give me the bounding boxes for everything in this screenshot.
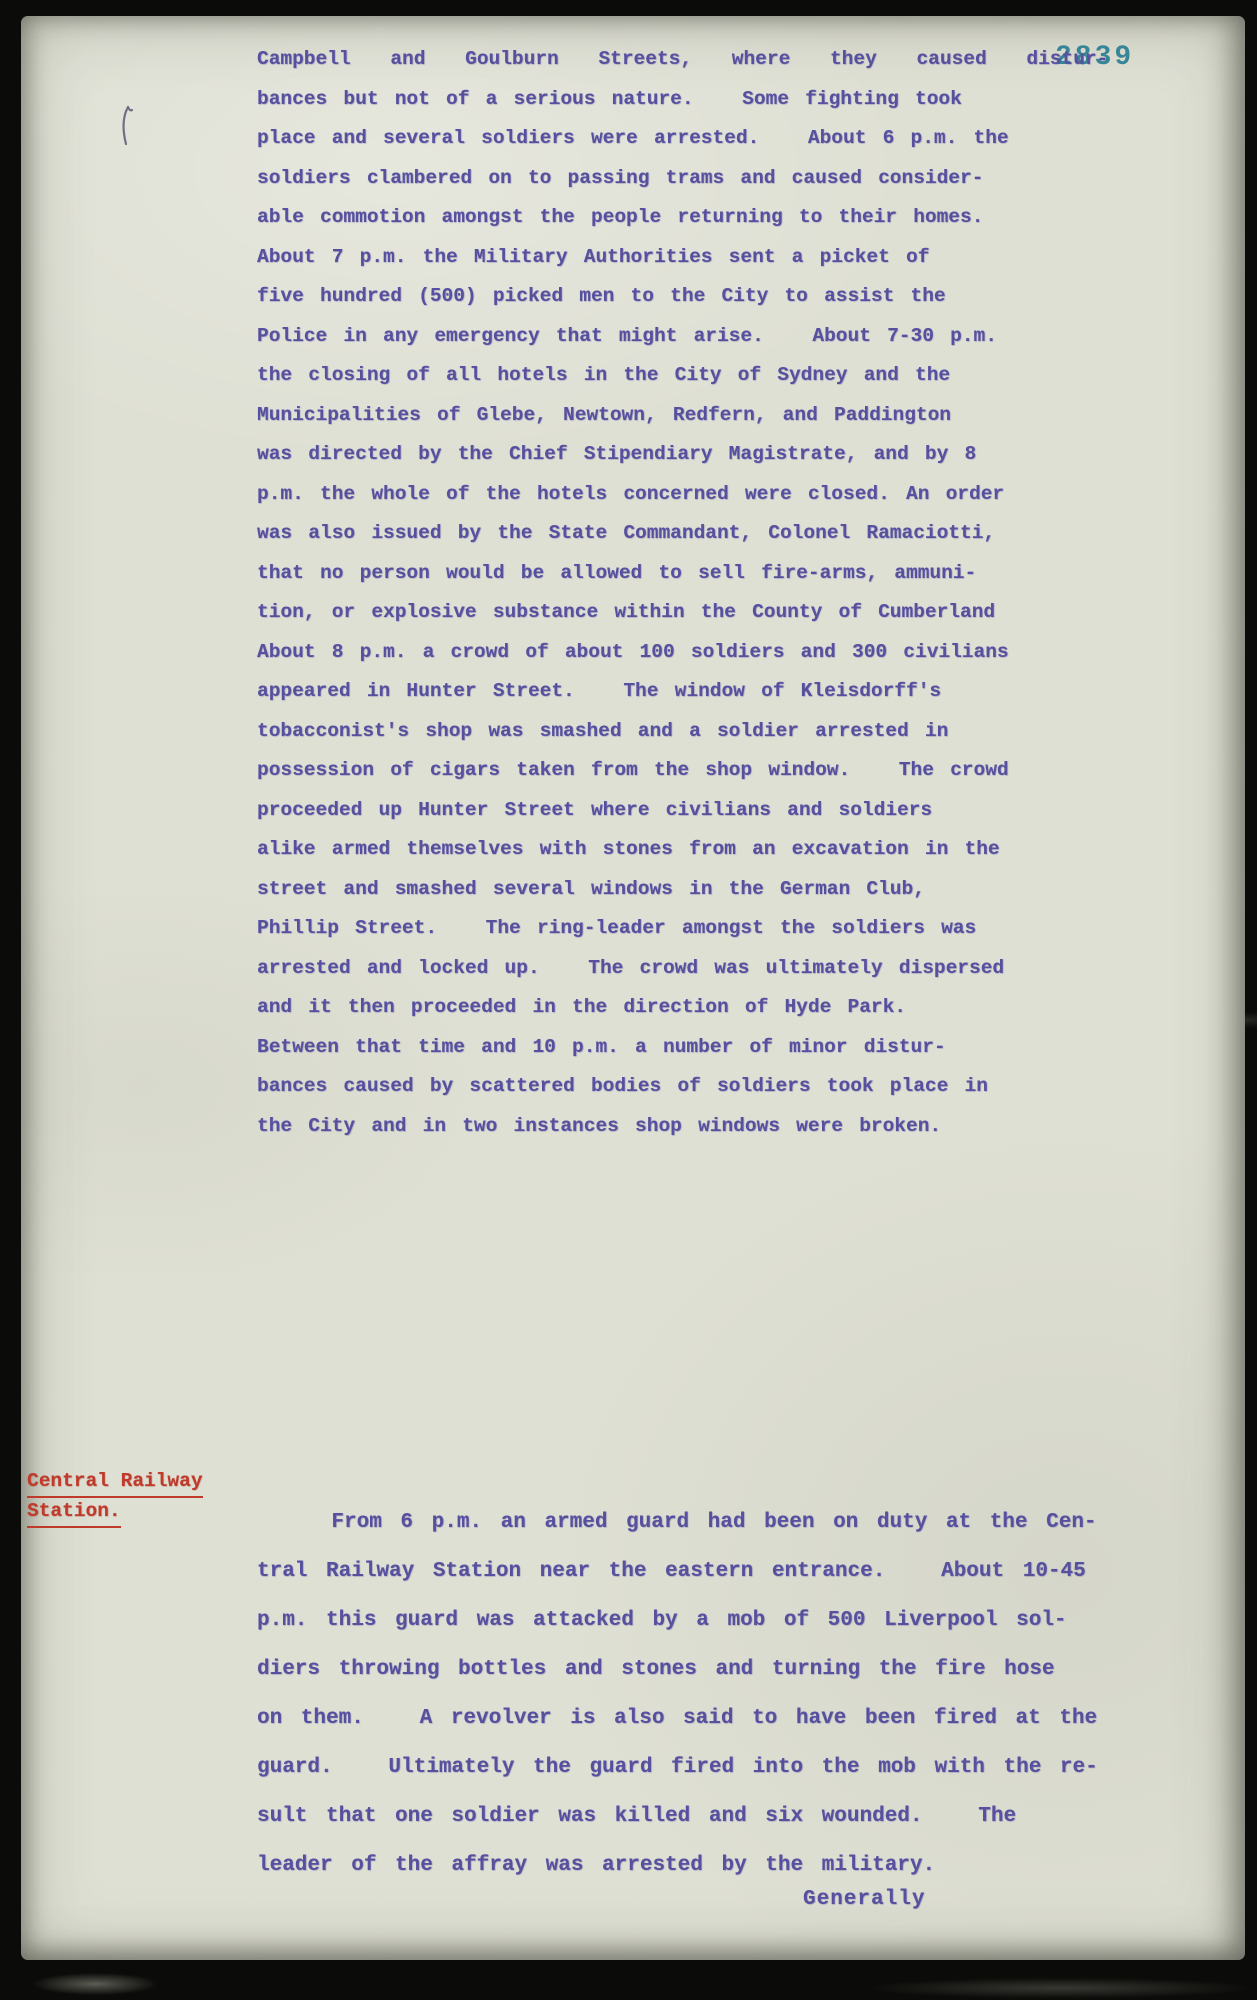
text-line: guard. Ultimately the guard fired into t… (257, 1743, 1098, 1792)
text-line: tobacconist's shop was smashed and a sol… (257, 712, 1108, 752)
text-line: able commotion amongst the people return… (257, 198, 1108, 238)
text-line: Campbell and Goulburn Streets, where the… (257, 40, 1108, 80)
text-line: appeared in Hunter Street. The window of… (257, 672, 1108, 712)
margin-note-line: Station. (27, 1498, 121, 1528)
text-line: was also issued by the State Commandant,… (257, 514, 1108, 554)
text-line: bances but not of a serious nature. Some… (257, 80, 1108, 120)
paper: 2839 Campbell and Goulburn Streets, wher… (21, 16, 1245, 1960)
text-line: arrested and locked up. The crowd was ul… (257, 949, 1108, 989)
text-line: Phillip Street. The ring-leader amongst … (257, 909, 1108, 949)
margin-note-central-railway-station: Central RailwayStation. (27, 1468, 203, 1528)
text-line: on them. A revolver is also said to have… (257, 1694, 1098, 1743)
text-line: Between that time and 10 p.m. a number o… (257, 1028, 1108, 1068)
text-line: that no person would be allowed to sell … (257, 554, 1108, 594)
text-line: About 7 p.m. the Military Authorities se… (257, 238, 1108, 278)
text-line: From 6 p.m. an armed guard had been on d… (257, 1498, 1098, 1547)
paragraph-city-disturbances: Campbell and Goulburn Streets, where the… (257, 40, 1108, 1146)
catchword: Generally (803, 1888, 925, 1911)
text-line: Police in any emergency that might arise… (257, 317, 1108, 357)
text-line: five hundred (500) picked men to the Cit… (257, 277, 1108, 317)
text-line: and it then proceeded in the direction o… (257, 988, 1108, 1028)
paragraph-central-railway-station: From 6 p.m. an armed guard had been on d… (257, 1498, 1098, 1890)
text-line: sult that one soldier was killed and six… (257, 1792, 1098, 1841)
text-line: the City and in two instances shop windo… (257, 1107, 1108, 1147)
text-line: place and several soldiers were arrested… (257, 119, 1108, 159)
text-line: bances caused by scattered bodies of sol… (257, 1067, 1108, 1107)
text-line: p.m. the whole of the hotels concerned w… (257, 475, 1108, 515)
text-line: proceeded up Hunter Street where civilia… (257, 791, 1108, 831)
ink-mark (117, 104, 135, 153)
text-line: leader of the affray was arrested by the… (257, 1841, 1098, 1890)
text-line: the closing of all hotels in the City of… (257, 356, 1108, 396)
text-line: tion, or explosive substance within the … (257, 593, 1108, 633)
text-line: Municipalities of Glebe, Newtown, Redfer… (257, 396, 1108, 436)
text-line: tral Railway Station near the eastern en… (257, 1547, 1098, 1596)
scanned-page: 2839 Campbell and Goulburn Streets, wher… (0, 0, 1257, 2000)
text-line: street and smashed several windows in th… (257, 870, 1108, 910)
margin-note-line: Central Railway (27, 1468, 203, 1498)
text-line: p.m. this guard was attacked by a mob of… (257, 1596, 1098, 1645)
text-line: diers throwing bottles and stones and tu… (257, 1645, 1098, 1694)
text-line: possession of cigars taken from the shop… (257, 751, 1108, 791)
text-line: About 8 p.m. a crowd of about 100 soldie… (257, 633, 1108, 673)
text-line: was directed by the Chief Stipendiary Ma… (257, 435, 1108, 475)
text-line: soldiers clambered on to passing trams a… (257, 159, 1108, 199)
text-line: alike armed themselves with stones from … (257, 830, 1108, 870)
